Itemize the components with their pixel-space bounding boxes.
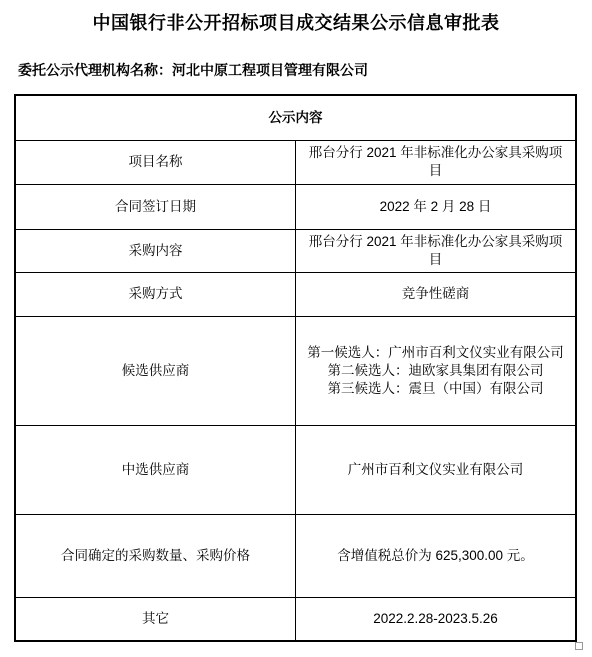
- table-header: 公示内容: [15, 95, 576, 140]
- row-value-contract-date: 2022 年 2 月 28 日: [296, 184, 577, 229]
- row-label-procurement-content: 采购内容: [15, 229, 296, 272]
- row-value-project-name: 邢台分行 2021 年非标准化办公家具采购项目: [296, 140, 577, 184]
- row-label-procurement-method: 采购方式: [15, 272, 296, 316]
- row-value-procurement-method: 竞争性磋商: [296, 272, 577, 316]
- table-header-row: 公示内容: [15, 95, 576, 140]
- page-title: 中国银行非公开招标项目成交结果公示信息审批表: [0, 0, 592, 34]
- row-label-contract-date: 合同签订日期: [15, 184, 296, 229]
- candidate-line-1: 第一候选人：广州市百利文仪实业有限公司: [304, 344, 567, 362]
- row-value-quantity-price: 含增值税总价为 625,300.00 元。: [296, 514, 577, 597]
- table-row: 合同签订日期 2022 年 2 月 28 日: [15, 184, 576, 229]
- table-row: 其它 2022.2.28-2023.5.26: [15, 597, 576, 641]
- agency-name: 河北中原工程项目管理有限公司: [172, 62, 368, 78]
- row-value-procurement-content: 邢台分行 2021 年非标准化办公家具采购项目: [296, 229, 577, 272]
- agency-label: 委托公示代理机构名称：: [18, 62, 172, 78]
- table-row: 采购内容 邢台分行 2021 年非标准化办公家具采购项目: [15, 229, 576, 272]
- row-label-project-name: 项目名称: [15, 140, 296, 184]
- candidate-line-3: 第三候选人：震旦（中国）有限公司: [304, 380, 567, 398]
- table-row: 候选供应商 第一候选人：广州市百利文仪实业有限公司 第二候选人：迪欧家具集团有限…: [15, 316, 576, 425]
- row-label-candidate-suppliers: 候选供应商: [15, 316, 296, 425]
- agency-line: 委托公示代理机构名称：河北中原工程项目管理有限公司: [18, 61, 592, 79]
- table-row: 合同确定的采购数量、采购价格 含增值税总价为 625,300.00 元。: [15, 514, 576, 597]
- table-row: 项目名称 邢台分行 2021 年非标准化办公家具采购项目: [15, 140, 576, 184]
- row-label-other: 其它: [15, 597, 296, 641]
- row-label-selected-supplier: 中选供应商: [15, 425, 296, 514]
- approval-table: 公示内容 项目名称 邢台分行 2021 年非标准化办公家具采购项目 合同签订日期…: [14, 94, 577, 642]
- paragraph-end-marker: [575, 642, 583, 650]
- row-value-selected-supplier: 广州市百利文仪实业有限公司: [296, 425, 577, 514]
- row-value-candidate-suppliers: 第一候选人：广州市百利文仪实业有限公司 第二候选人：迪欧家具集团有限公司 第三候…: [296, 316, 577, 425]
- table-row: 采购方式 竞争性磋商: [15, 272, 576, 316]
- row-label-quantity-price: 合同确定的采购数量、采购价格: [15, 514, 296, 597]
- table-row: 中选供应商 广州市百利文仪实业有限公司: [15, 425, 576, 514]
- row-value-other: 2022.2.28-2023.5.26: [296, 597, 577, 641]
- candidate-line-2: 第二候选人：迪欧家具集团有限公司: [304, 362, 567, 380]
